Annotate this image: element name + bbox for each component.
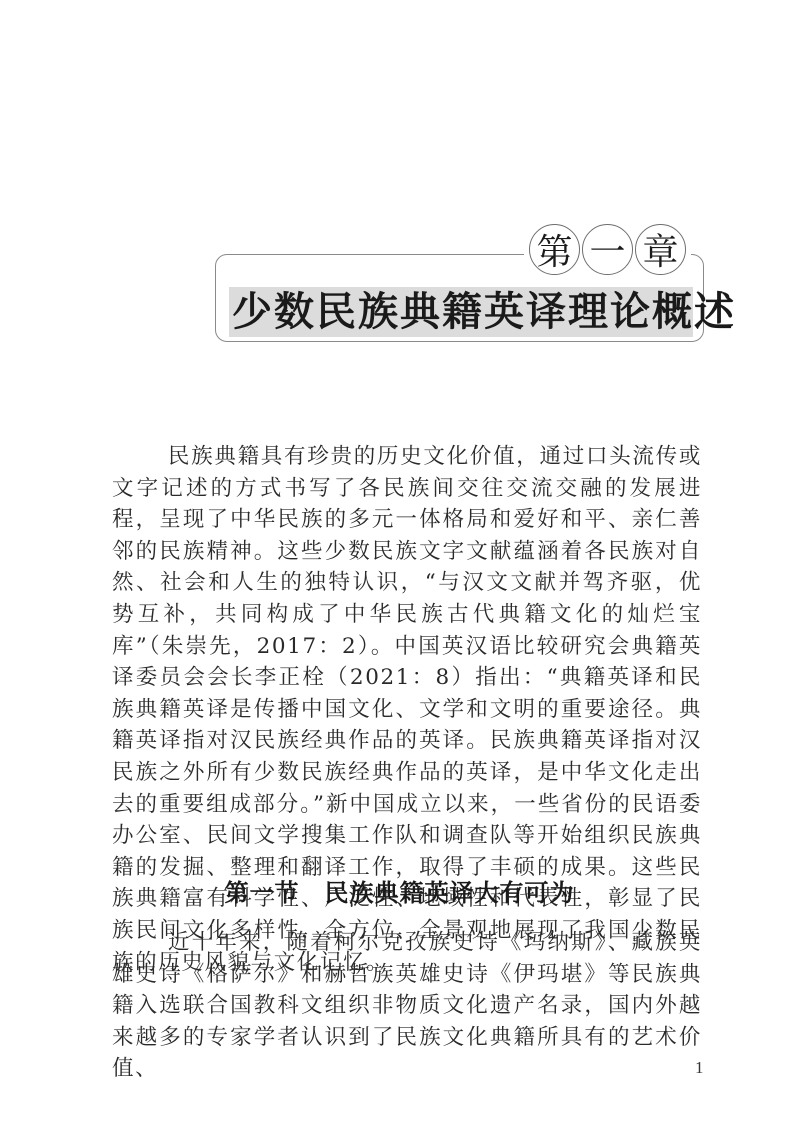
chapter-label-char: 章 — [635, 224, 686, 275]
page-number: 1 — [695, 1058, 704, 1078]
paragraph: 近十年来，随着柯尔克孜族史诗《玛纳斯》、藏族英雄史诗《格萨尔》和赫哲族英雄史诗《… — [112, 927, 702, 1085]
section-text: 近十年来，随着柯尔克孜族史诗《玛纳斯》、藏族英雄史诗《格萨尔》和赫哲族英雄史诗《… — [112, 927, 702, 1085]
book-page: 第 一 章 少数民族典籍英译理论概述 民族典籍具有珍贵的历史文化价值，通过口头流… — [0, 0, 799, 1129]
chapter-label: 第 一 章 — [524, 224, 691, 280]
chapter-label-char: 一 — [582, 224, 633, 275]
section-heading: 第一节 民族典籍英译大有可为 — [0, 873, 799, 913]
chapter-label-char: 第 — [529, 224, 580, 275]
chapter-title: 少数民族典籍英译理论概述 — [232, 287, 692, 337]
